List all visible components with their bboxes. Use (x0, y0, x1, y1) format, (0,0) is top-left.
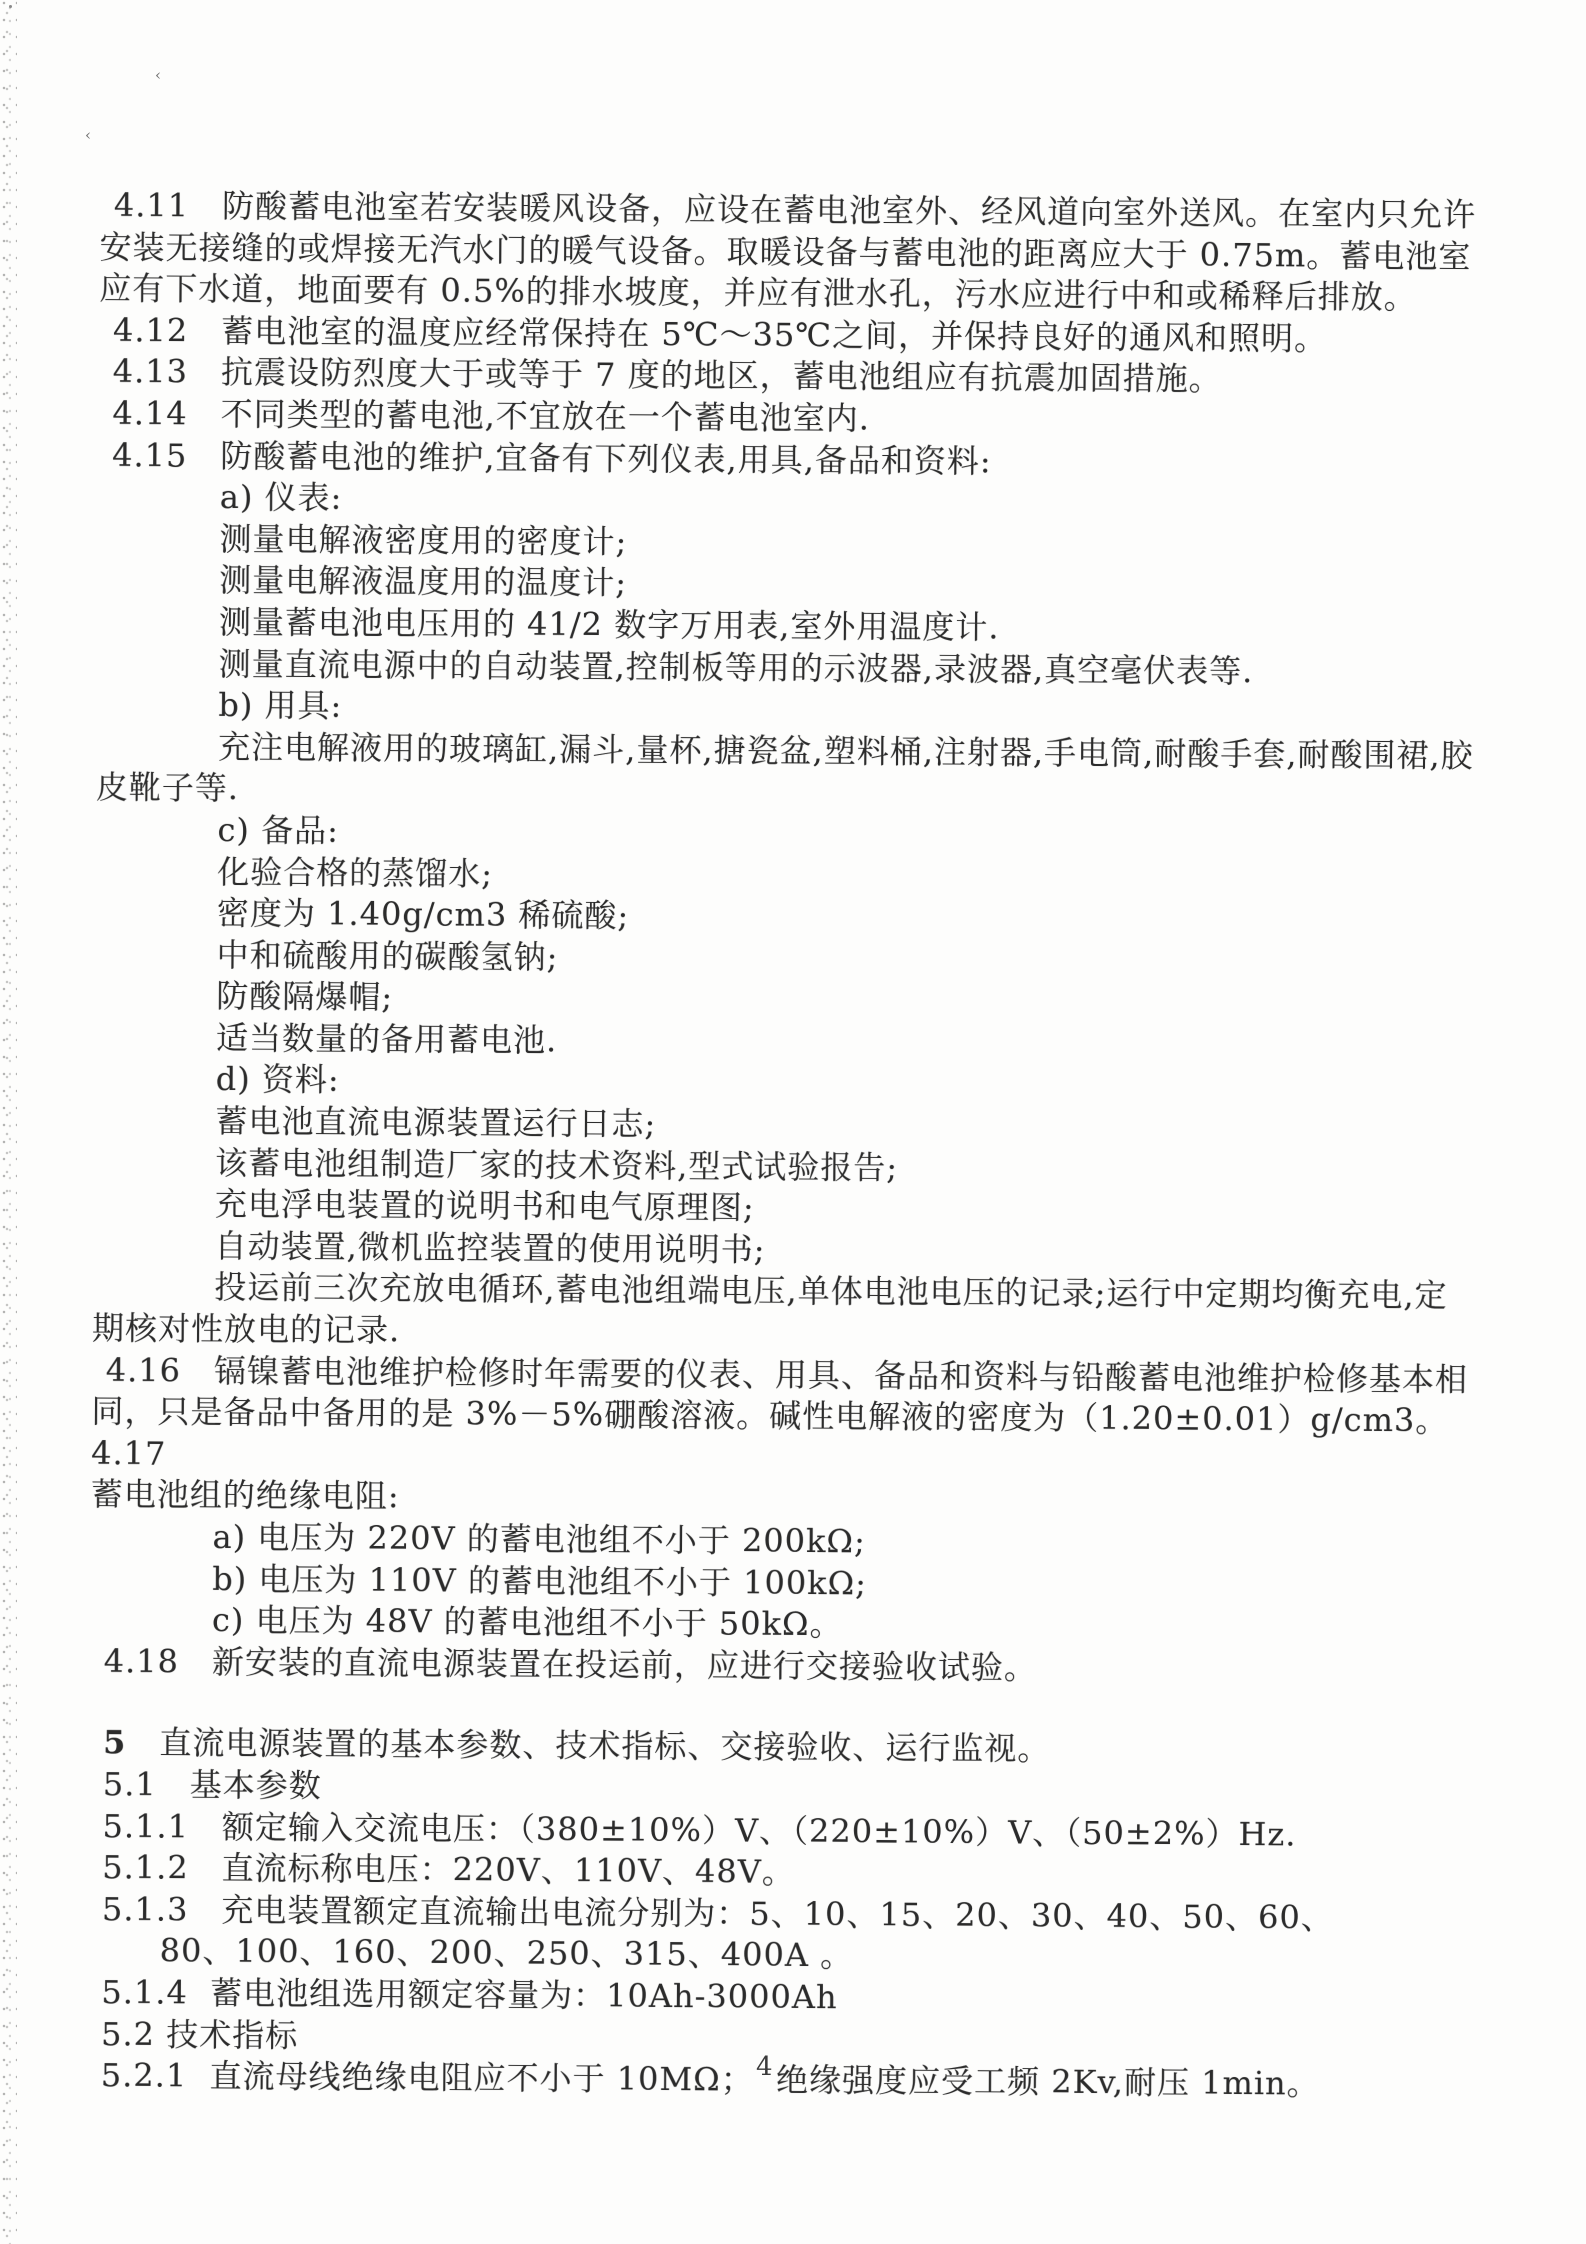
text-block: 4.11 防酸蓄电池室若安装暖风设备，应设在蓄电池室外、经风道向室外送风。在室内… (87, 185, 1525, 2107)
scanned-document-page: ‹ ‹ 4.11 防酸蓄电池室若安装暖风设备，应设在蓄电池室外、经风道向室外送风… (0, 0, 1586, 2244)
scan-noise-strip (0, 0, 17, 2244)
scan-speck: ‹ (85, 128, 91, 143)
text-line: 同，只是备品中备用的是 3%－5%硼酸溶液。碱性电解液的密度为（1.20±0.0… (91, 1391, 1517, 1484)
scan-speck (9, 5, 12, 8)
text-line: 5.2.1 直流母线绝缘电阻应不小于 10MΩ； 绝缘强度应受工频 2Kv,耐压… (101, 2055, 1512, 2106)
page-number: 4 (756, 2052, 774, 2082)
scan-speck: ‹ (155, 68, 161, 83)
